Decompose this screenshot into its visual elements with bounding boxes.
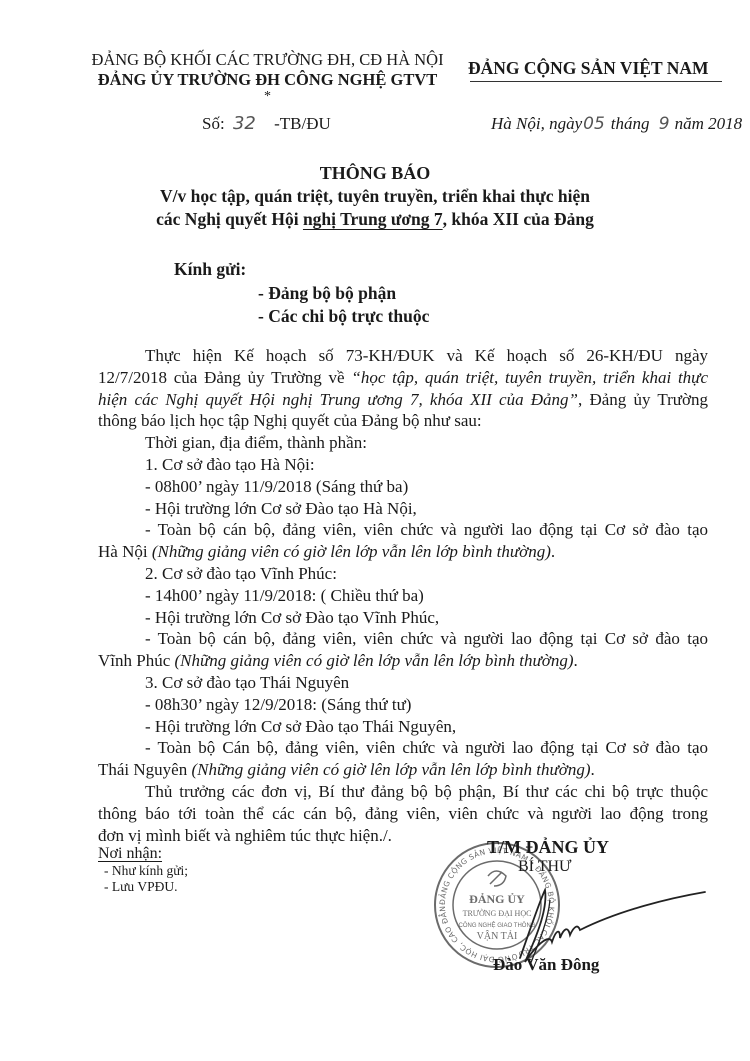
period: . xyxy=(591,760,595,779)
closing-line: Thủ trưởng các đơn vị, Bí thư đảng bộ bộ… xyxy=(98,781,708,803)
date-day-handwritten: 05 xyxy=(583,114,605,134)
intro-line: thông báo lịch học tập Nghị quyết của Đả… xyxy=(98,410,708,432)
intro-line: hiện các Nghị quyết Hội nghị Trung ương … xyxy=(98,389,708,411)
recipient-item: - Các chi bộ trực thuộc xyxy=(258,306,429,327)
intro-quote-end: hiện các Nghị quyết Hội nghị Trung ương … xyxy=(98,390,578,409)
date-prefix: Hà Nội, ngày xyxy=(491,114,582,133)
subject-text: các Nghị quyết Hội xyxy=(156,209,303,229)
distribution-item: - Lưu VPĐU. xyxy=(98,879,188,895)
distribution-item: - Như kính gửi; xyxy=(98,863,188,879)
period: . xyxy=(574,651,578,670)
site-name: Vĩnh Phúc xyxy=(98,651,175,670)
site-place: - Hội trường lớn Cơ sở Đào tạo Vĩnh Phúc… xyxy=(98,607,708,629)
site-time: - 08h00’ ngày 11/9/2018 (Sáng thứ ba) xyxy=(98,476,708,498)
parent-party-committee: ĐẢNG BỘ KHỐI CÁC TRƯỜNG ĐH, CĐ HÀ NỘI xyxy=(80,50,455,70)
site-time: - 14h00’ ngày 11/9/2018: ( Chiều thứ ba) xyxy=(98,585,708,607)
date-month-handwritten: 9 xyxy=(659,114,670,134)
subject-underlined: nghị Trung ương 7 xyxy=(303,209,443,229)
date-year: năm 2018 xyxy=(675,114,743,133)
party-committee-name: ĐẢNG ỦY TRƯỜNG ĐH CÔNG NGHỆ GTVT xyxy=(80,70,455,90)
notice-subject-line2: các Nghị quyết Hội nghị Trung ương 7, kh… xyxy=(0,208,750,231)
lecturer-note: (Những giảng viên có giờ lên lớp vẫn lên… xyxy=(152,542,551,561)
site-thainguyen: 3. Cơ sở đào tạo Thái Nguyên - 08h30’ ng… xyxy=(98,672,708,781)
lecturer-note: (Những giảng viên có giờ lên lớp vẫn lên… xyxy=(191,760,590,779)
number-value-handwritten: 32 xyxy=(233,113,256,134)
site-place: - Hội trường lớn Cơ sở Đào tạo Hà Nội, xyxy=(98,498,708,520)
distribution-list: Nơi nhận: - Như kính gửi; - Lưu VPĐU. xyxy=(98,845,188,895)
period: . xyxy=(551,542,555,561)
site-name: Thái Nguyên xyxy=(98,760,191,779)
site-heading: 2. Cơ sở đào tạo Vĩnh Phúc: xyxy=(98,563,708,585)
site-attendees-note: Hà Nội (Những giảng viên có giờ lên lớp … xyxy=(98,541,708,563)
intro-text: , Đảng ủy Trường xyxy=(578,390,708,409)
site-heading: 3. Cơ sở đào tạo Thái Nguyên xyxy=(98,672,708,694)
closing-line: đơn vị mình biết và nghiêm túc thực hiện… xyxy=(98,825,708,847)
recipient-item: - Đảng bộ bộ phận xyxy=(258,283,396,304)
notice-subject-line1: V/v học tập, quán triệt, tuyên truyền, t… xyxy=(0,185,750,208)
star-mark: * xyxy=(80,92,455,102)
site-name: Hà Nội xyxy=(98,542,152,561)
date-month-label: tháng xyxy=(611,114,650,133)
signatory-on-behalf: T/M ĐẢNG ỦY xyxy=(487,837,609,858)
distribution-label: Nơi nhận: xyxy=(98,845,188,863)
number-suffix: -TB/ĐU xyxy=(274,114,331,133)
site-attendees: - Toàn bộ Cán bộ, đảng viên, viên chức v… xyxy=(98,737,708,759)
notice-body: Thực hiện Kế hoạch số 73-KH/ĐUK và Kế ho… xyxy=(98,345,708,846)
national-party-title: ĐẢNG CỘNG SẢN VIỆT NAM xyxy=(468,58,709,79)
site-attendees-note: Thái Nguyên (Những giảng viên có giờ lên… xyxy=(98,759,708,781)
lecturer-note: (Những giảng viên có giờ lên lớp vẫn lên… xyxy=(175,651,574,670)
title-underline xyxy=(470,81,722,82)
site-attendees: - Toàn bộ cán bộ, đảng viên, viên chức v… xyxy=(98,519,708,541)
number-label: Số: xyxy=(202,114,225,133)
document-date: Hà Nội, ngày05tháng 9năm 2018 xyxy=(491,114,742,134)
recipients-label: Kính gửi: xyxy=(174,259,246,280)
notice-heading: THÔNG BÁO xyxy=(0,162,750,185)
intro-quote: “học tập, quán triệt, tuyên truyền, triể… xyxy=(351,368,708,387)
closing-line: thông báo tới toàn thể các cán bộ, đảng … xyxy=(98,803,708,825)
site-hanoi: 1. Cơ sở đào tạo Hà Nội: - 08h00’ ngày 1… xyxy=(98,454,708,563)
intro-text: 12/7/2018 của Đảng ủy Trường về xyxy=(98,368,351,387)
signatory-name: Đào Văn Đông xyxy=(493,955,599,975)
intro-line: Thực hiện Kế hoạch số 73-KH/ĐUK và Kế ho… xyxy=(98,345,708,367)
site-place: - Hội trường lớn Cơ sở Đào tạo Thái Nguy… xyxy=(98,716,708,738)
schedule-label: Thời gian, địa điểm, thành phần: xyxy=(98,432,708,454)
issuing-authority: ĐẢNG BỘ KHỐI CÁC TRƯỜNG ĐH, CĐ HÀ NỘI ĐẢ… xyxy=(80,50,455,102)
notice-title: THÔNG BÁO V/v học tập, quán triệt, tuyên… xyxy=(0,162,750,231)
site-vinhphuc: 2. Cơ sở đào tạo Vĩnh Phúc: - 14h00’ ngà… xyxy=(98,563,708,672)
document-number: Số: 32 -TB/ĐU xyxy=(202,113,331,134)
site-attendees: - Toàn bộ cán bộ, đảng viên, viên chức v… xyxy=(98,628,708,650)
subject-text-end: , khóa XII của Đảng xyxy=(443,209,594,229)
intro-line: 12/7/2018 của Đảng ủy Trường về “học tập… xyxy=(98,367,708,389)
signatory-position: BÍ THƯ xyxy=(518,858,571,876)
site-heading: 1. Cơ sở đào tạo Hà Nội: xyxy=(98,454,708,476)
site-attendees-note: Vĩnh Phúc (Những giảng viên có giờ lên l… xyxy=(98,650,708,672)
site-time: - 08h30’ ngày 12/9/2018: (Sáng thứ tư) xyxy=(98,694,708,716)
